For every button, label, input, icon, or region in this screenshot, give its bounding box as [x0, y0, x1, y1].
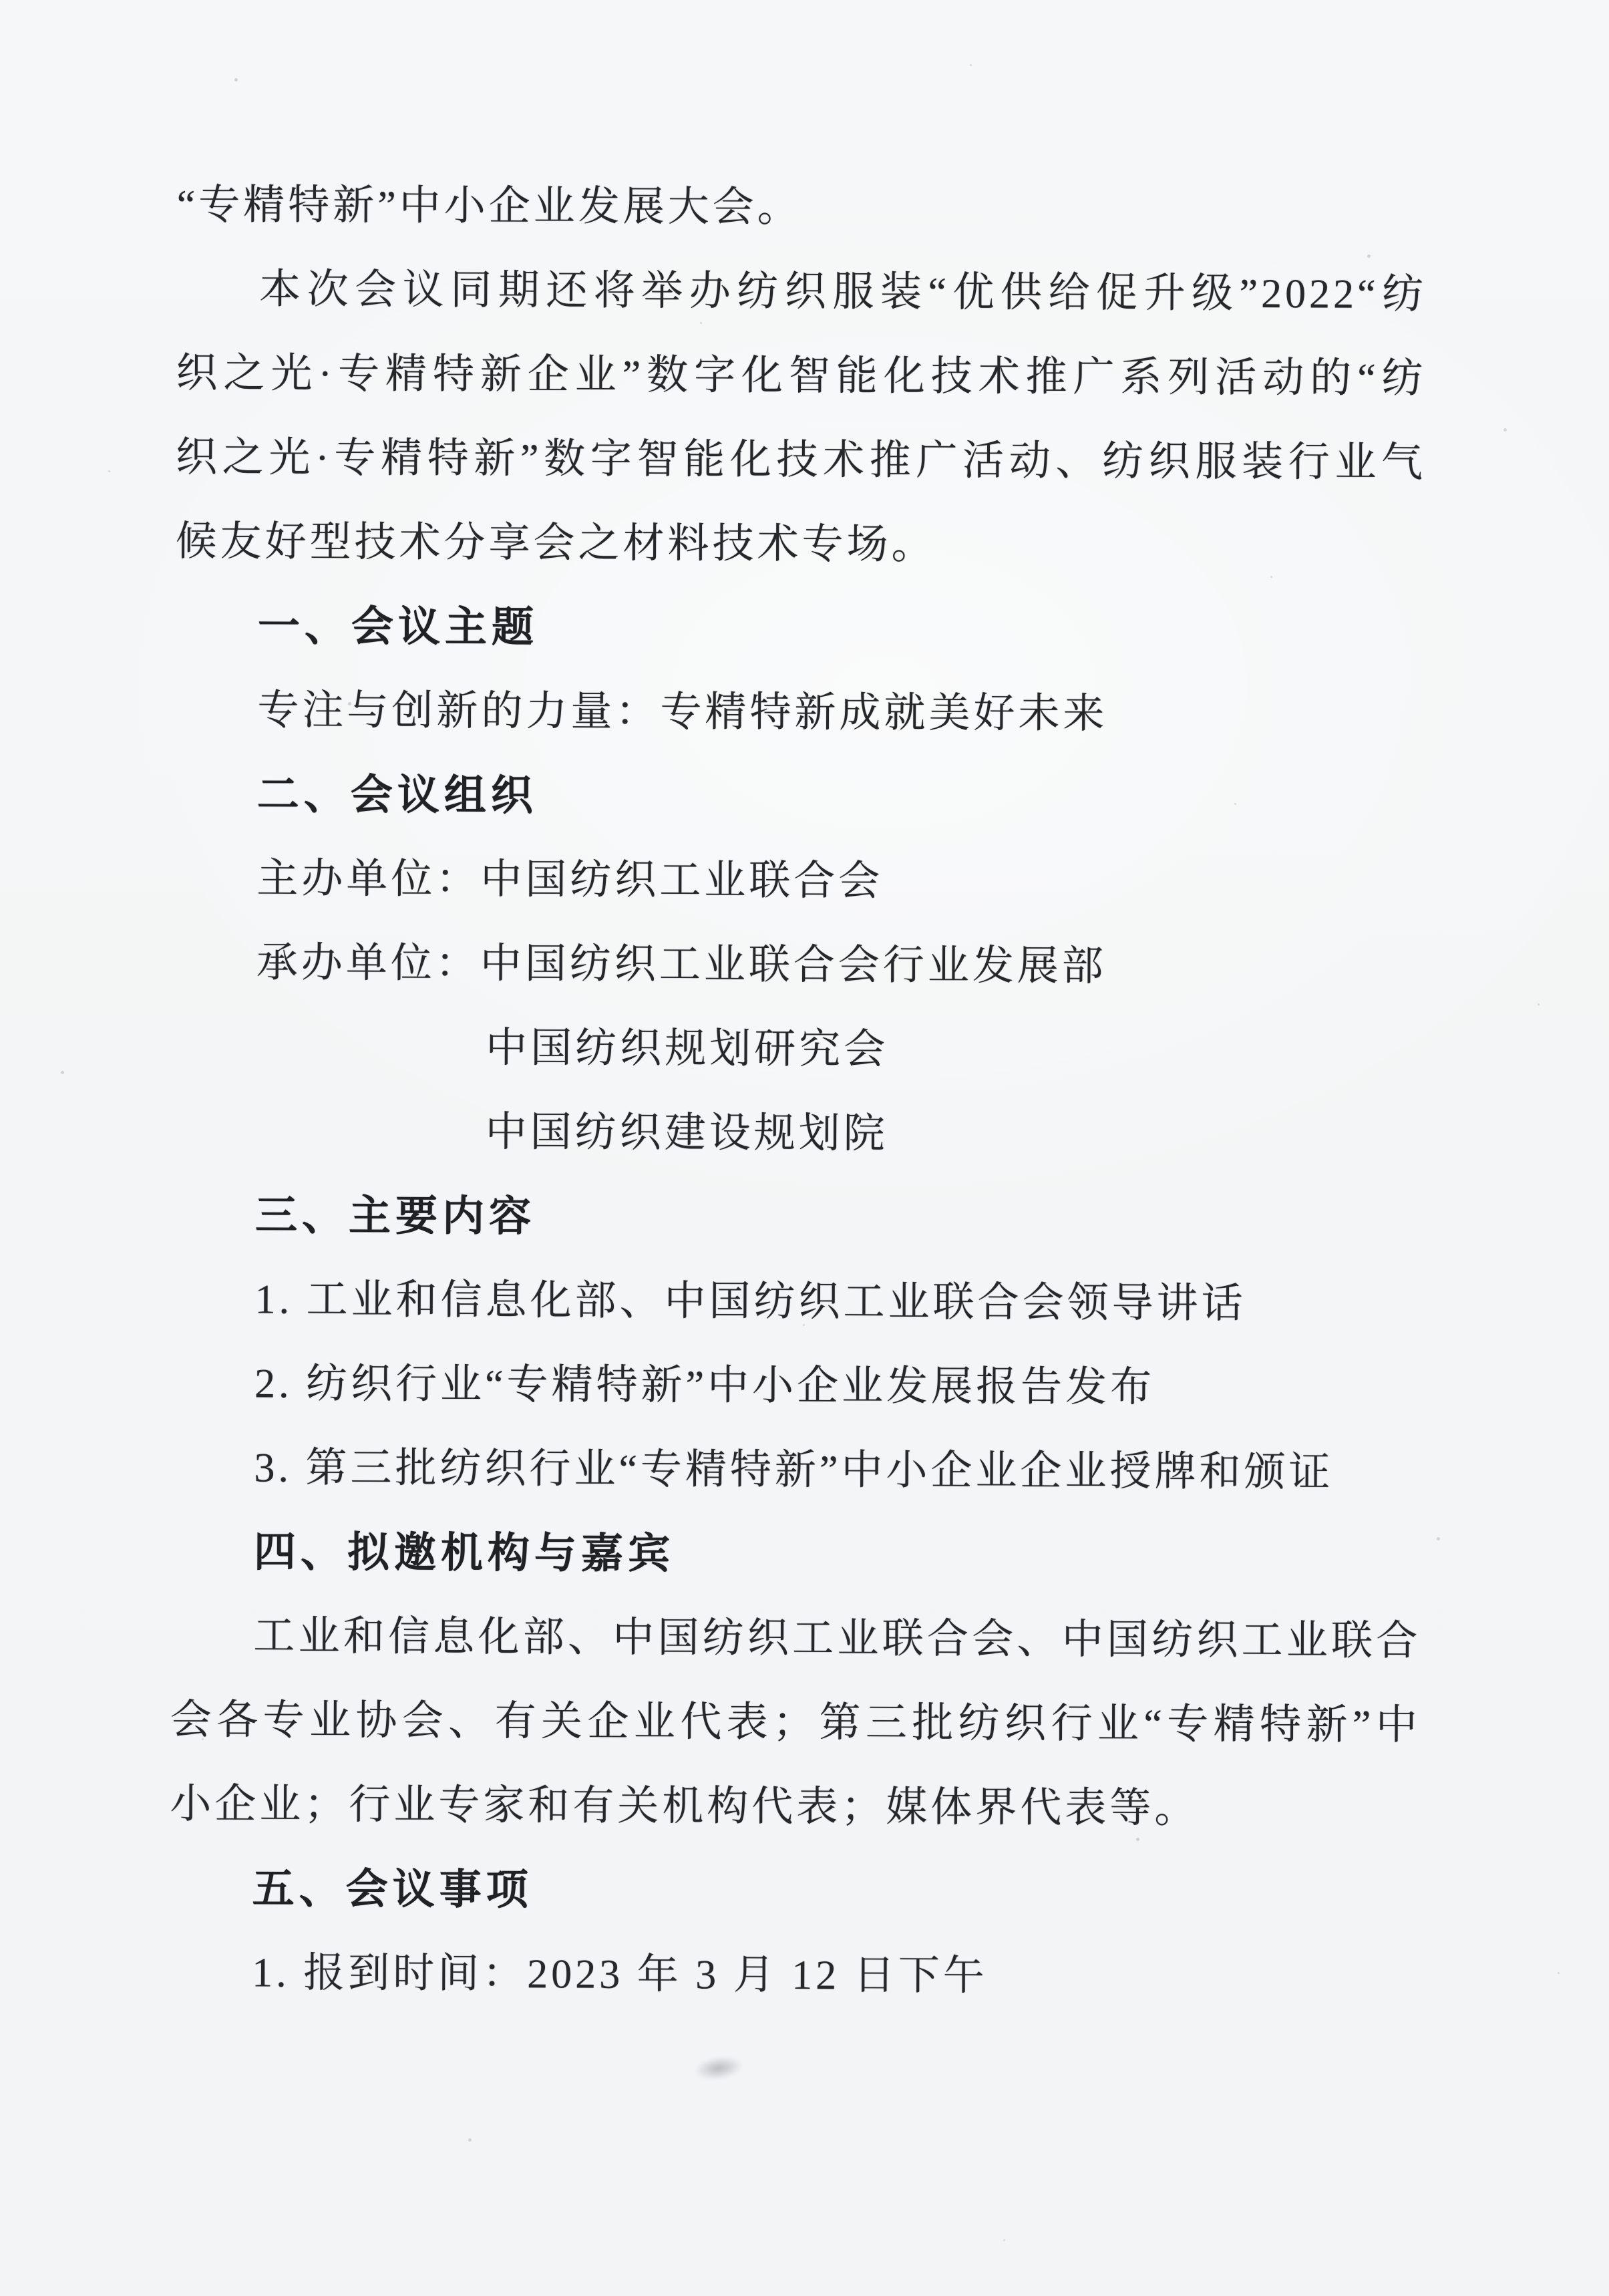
matters-item-1-registration-time: 1. 报到时间：2023 年 3 月 12 日下午: [169, 1931, 1420, 2020]
intro-line-1: “专精特新”中小企业发展大会。: [176, 163, 1427, 253]
heading-4-invited-orgs-guests: 四、拟邀机构与嘉宾: [171, 1510, 1422, 1599]
organizer-unit-line-1: 承办单位：中国纺织工业联合会行业发展部: [174, 921, 1425, 1010]
invited-line-1: 工业和信息化部、中国纺织工业联合会、中国纺织工业联合: [170, 1594, 1421, 1683]
main-content-item-3: 3. 第三批纺织行业“专精特新”中小企业企业授牌和颁证: [171, 1426, 1422, 1515]
document-text-block: “专精特新”中小企业发展大会。 本次会议同期还将举办纺织服装“优供给促升级”20…: [169, 163, 1427, 2020]
heading-3-main-content: 三、主要内容: [172, 1173, 1423, 1263]
invited-line-3: 小企业；行业专家和有关机构代表；媒体界代表等。: [170, 1762, 1421, 1852]
heading-5-meeting-matters: 五、会议事项: [169, 1846, 1420, 1936]
intro-line-4: 织之光·专精特新”数字智能化技术推广活动、纺织服装行业气: [176, 416, 1427, 505]
main-content-item-2: 2. 纺织行业“专精特新”中小企业发展报告发布: [172, 1341, 1423, 1431]
organizer-unit-line-3: 中国纺织建设规划院: [172, 1089, 1423, 1178]
scan-smudge: [692, 2053, 745, 2084]
heading-1-meeting-theme: 一、会议主题: [175, 584, 1426, 673]
host-unit-line: 主办单位：中国纺织工业联合会: [174, 836, 1425, 926]
intro-line-2: 本次会议同期还将举办纺织服装“优供给促升级”2022“纺: [176, 247, 1427, 337]
intro-line-3: 织之光·专精特新企业”数字化智能化技术推广系列活动的“纺: [176, 331, 1427, 421]
scanned-document-page: “专精特新”中小企业发展大会。 本次会议同期还将举办纺织服装“优供给促升级”20…: [0, 0, 1609, 2296]
invited-line-2: 会各专业协会、有关企业代表；第三批纺织行业“专精特新”中: [170, 1678, 1421, 1768]
scan-speckles: [0, 0, 2, 2]
meeting-theme-text: 专注与创新的力量：专精特新成就美好未来: [174, 668, 1425, 758]
organizer-unit-line-2: 中国纺织规划研究会: [173, 1005, 1424, 1094]
heading-2-meeting-organization: 二、会议组织: [174, 752, 1425, 842]
intro-line-5: 候友好型技术分享会之材料技术专场。: [175, 500, 1426, 589]
main-content-item-1: 1. 工业和信息化部、中国纺织工业联合会领导讲话: [172, 1257, 1423, 1347]
